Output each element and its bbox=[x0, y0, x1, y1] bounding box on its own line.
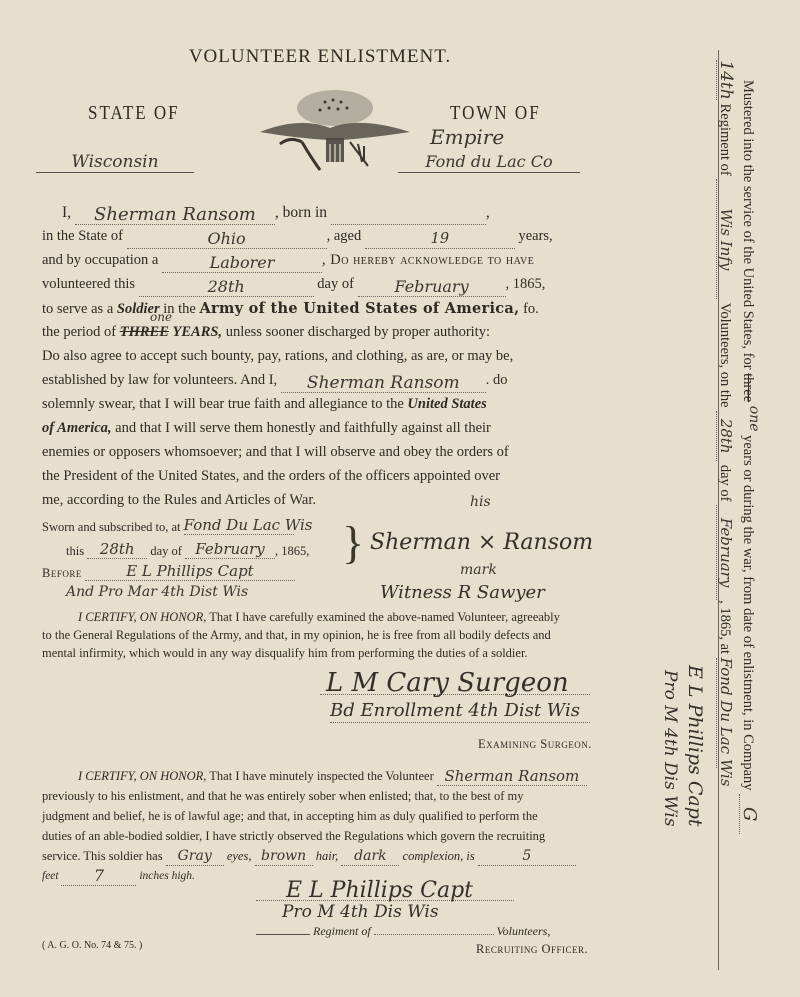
oath-line-3: and by occupation a Laborer, Do hereby a… bbox=[42, 248, 602, 273]
muster-regiment-number: 14th bbox=[716, 60, 735, 100]
eagle-seal-icon bbox=[250, 86, 420, 178]
sworn-officer: E L Phillips Capt bbox=[85, 562, 295, 581]
surgeon-signature: L M Cary Surgeon bbox=[326, 668, 569, 698]
recruiter-signature-line: E L Phillips Capt bbox=[256, 878, 514, 901]
surgeon-signature-line: L M Cary Surgeon bbox=[320, 668, 590, 695]
hair-color: brown bbox=[255, 847, 313, 866]
sworn-day: 28th bbox=[87, 540, 147, 559]
surgeon-title-line: Bd Enrollment 4th Dist Wis bbox=[330, 700, 590, 723]
sworn-place: Fond Du Lac Wis bbox=[184, 516, 294, 535]
surgeon-title: Bd Enrollment 4th Dist Wis bbox=[330, 700, 580, 721]
oath-line-12: the President of the United States, and … bbox=[42, 464, 602, 489]
muster-company: G bbox=[739, 794, 758, 834]
oath-line-5: to serve as a Soldier in the Army of the… bbox=[42, 296, 602, 322]
town-label: TOWN OF bbox=[450, 102, 541, 125]
sworn-line-1: Sworn and subscribed to, at Fond Du Lac … bbox=[42, 516, 294, 535]
document-title: VOLUNTEER ENLISTMENT. bbox=[0, 46, 640, 68]
muster-line-1: Mustered into the service of the United … bbox=[739, 80, 762, 834]
complexion: dark bbox=[341, 847, 399, 866]
recruiter-certificate: I CERTIFY, ON HONOR, That I have minutel… bbox=[42, 766, 602, 886]
state-field: Wisconsin bbox=[36, 152, 194, 173]
recruiting-officer-label: Recruiting Officer. bbox=[476, 942, 588, 957]
sworn-month: February bbox=[185, 540, 275, 559]
sworn-line-3: Before E L Phillips Capt bbox=[42, 562, 295, 581]
sworn-line-2: this 28th day of February, 1865, bbox=[66, 540, 309, 559]
regiment-line: Regiment of Volunteers, bbox=[256, 924, 550, 939]
occupation: Laborer bbox=[162, 254, 322, 273]
inspected-volunteer: Sherman Ransom bbox=[437, 767, 587, 786]
examining-surgeon-label: Examining Surgeon. bbox=[478, 737, 592, 752]
witness-signature: Witness R Sawyer bbox=[380, 582, 545, 603]
form-number: ( A. G. O. No. 74 & 75. ) bbox=[42, 940, 142, 951]
muster-state: Wis Infy bbox=[716, 179, 735, 299]
eye-color: Gray bbox=[166, 847, 224, 866]
county-value: Fond du Lac Co bbox=[425, 152, 552, 171]
oath-line-11: enemies or opposers whomsoever; and that… bbox=[42, 440, 602, 465]
recruiter-title: Pro M 4th Dis Wis bbox=[282, 902, 439, 922]
height-inches: 7 bbox=[61, 867, 136, 886]
enlistee-signature: Sherman × Ransom bbox=[370, 530, 593, 555]
mark-label: mark bbox=[460, 562, 497, 578]
age: 19 bbox=[365, 230, 515, 249]
muster-day: 28th bbox=[716, 411, 735, 461]
state-label: STATE OF bbox=[88, 102, 180, 125]
sworn-officer-title: And Pro Mar 4th Dist Wis bbox=[66, 584, 248, 600]
enlistee-name-2: Sherman Ransom bbox=[281, 374, 486, 393]
birth-state: Ohio bbox=[127, 230, 327, 249]
recruiter-signature: E L Phillips Capt bbox=[286, 878, 473, 903]
enlist-day: 28th bbox=[139, 278, 314, 297]
oath-line-9: solemnly swear, that I will bear true fa… bbox=[42, 392, 602, 417]
surgeon-certificate: I CERTIFY, ON HONOR, That I have careful… bbox=[42, 608, 602, 662]
muster-line-2: 14th Regiment of Wis Infy Volunteers, on… bbox=[716, 60, 735, 768]
muster-officer-signature: E L Phillips Capt bbox=[684, 665, 706, 827]
oath-line-8: established by law for volunteers. And I… bbox=[42, 368, 602, 393]
height-feet: 5 bbox=[478, 847, 576, 866]
oath-line-10: of America, and that I will serve them h… bbox=[42, 416, 602, 441]
oath-line-4: volunteered this 28th day of February, 1… bbox=[42, 272, 602, 297]
state-value: Wisconsin bbox=[71, 152, 158, 172]
enlistee-name: Sherman Ransom bbox=[75, 206, 275, 225]
oath-line-6: the period of THREE YEARS, unless sooner… bbox=[42, 320, 602, 345]
oath-line-2: in the State of Ohio, aged 19 years, bbox=[42, 224, 602, 249]
town-value: Empire bbox=[430, 125, 504, 149]
oath-line-7: Do also agree to accept such bounty, pay… bbox=[42, 344, 602, 369]
oath-line-13: me, according to the Rules and Articles … bbox=[42, 488, 316, 513]
county-field: Fond du Lac Co bbox=[398, 152, 580, 173]
muster-month: February bbox=[716, 505, 735, 600]
his-label: his bbox=[470, 494, 491, 510]
oath-line-1: I, Sherman Ransom, born in , bbox=[42, 200, 602, 225]
brace: } bbox=[342, 520, 364, 566]
muster-officer-title: Pro M 4th Dis Wis bbox=[660, 670, 680, 827]
muster-place: Fond Du Lac Wis bbox=[716, 658, 735, 768]
enlist-month: February bbox=[358, 278, 506, 297]
